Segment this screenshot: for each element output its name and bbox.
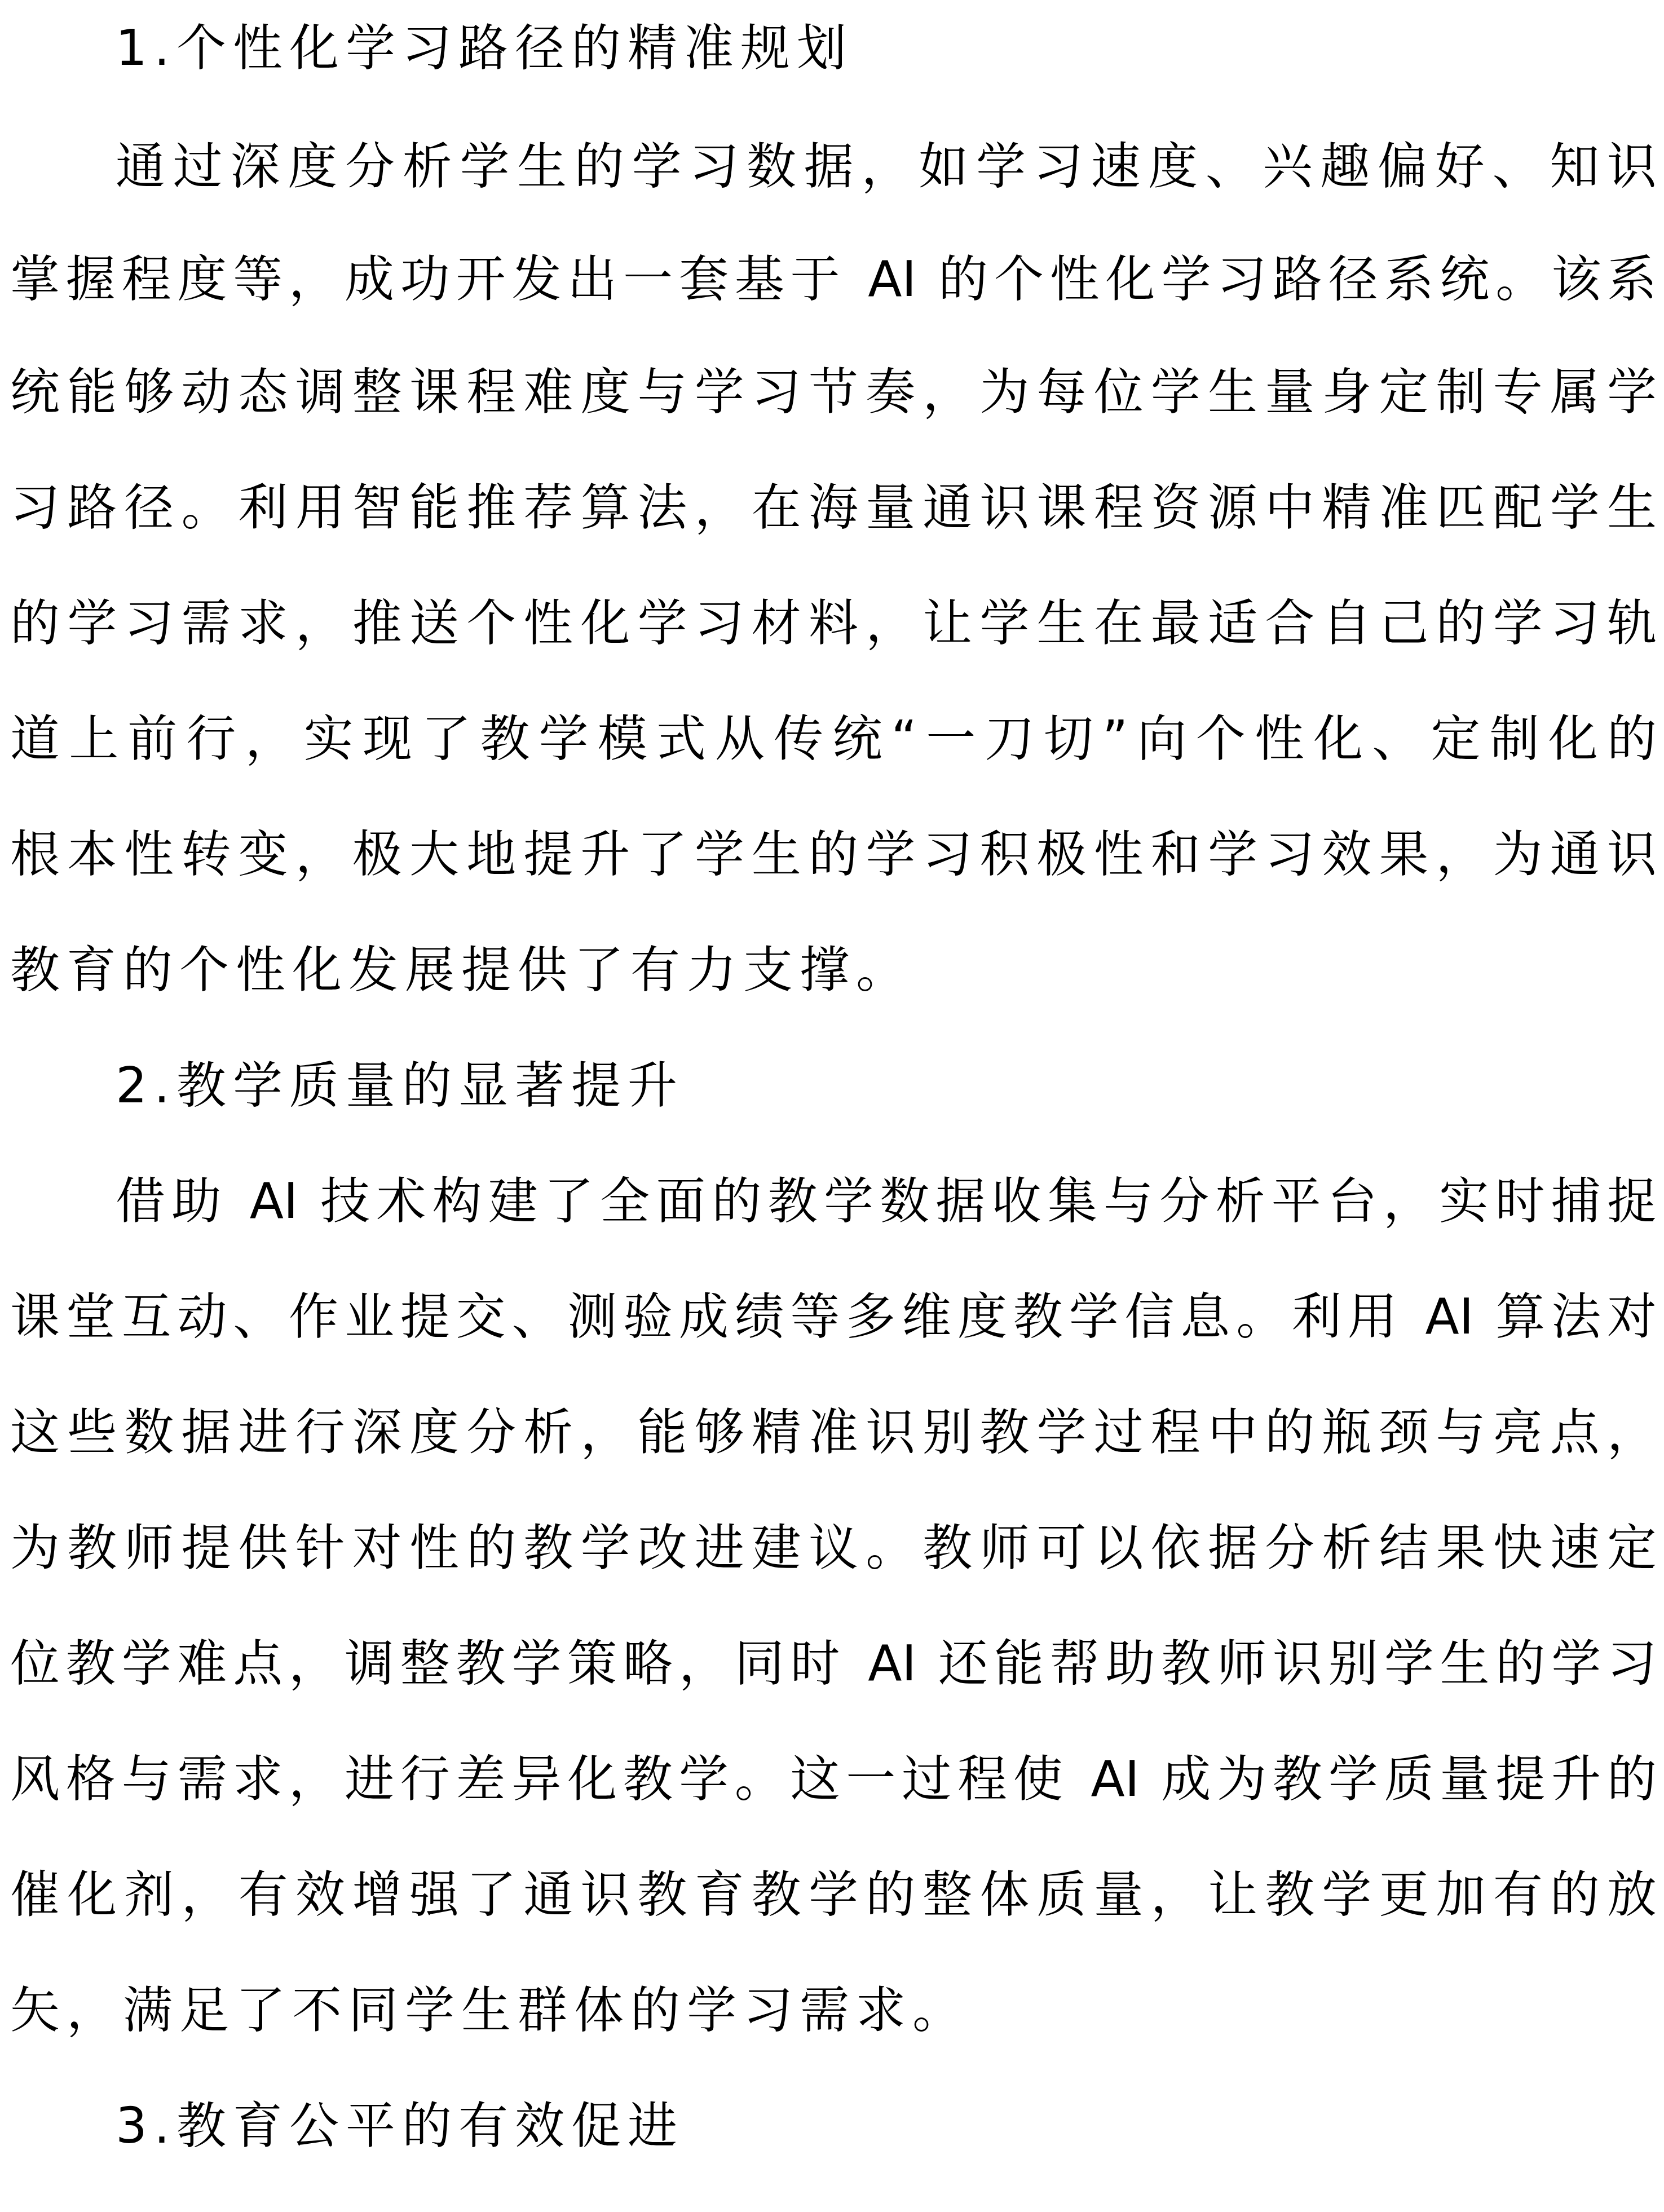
paragraph-line: 这些数据进行深度分析，能够精准识别教学过程中的瓶颈与亮点， <box>10 1396 1657 1469</box>
paragraph-line: 掌握程度等，成功开发出一套基于 AI 的个性化学习路径系统。该系 <box>10 242 1657 316</box>
paragraph-line: 习路径。利用智能推荐算法，在海量通识课程资源中精准匹配学生 <box>10 471 1657 544</box>
paragraph-line: 统能够动态调整课程难度与学习节奏，为每位学生量身定制专属学 <box>10 355 1657 429</box>
section-heading: 3.教育公平的有效促进 <box>116 2089 1664 2162</box>
paragraph-line: 根本性转变，极大地提升了学生的学习积极性和学习效果，为通识 <box>10 818 1657 891</box>
paragraph-line: 教育的个性化发展提供了有力支撑。 <box>10 933 1657 1006</box>
paragraph-line: 位教学难点，调整教学策略，同时 AI 还能帮助教师识别学生的学习 <box>10 1627 1657 1700</box>
paragraph-line: 为教师提供针对性的教学改进建议。教师可以依据分析结果快速定 <box>10 1511 1657 1584</box>
paragraph-line: 的学习需求，推送个性化学习材料，让学生在最适合自己的学习轨 <box>10 586 1657 660</box>
paragraph-line: 风格与需求，进行差异化教学。这一过程使 AI 成为教学质量提升的 <box>10 1742 1657 1816</box>
section-heading: 2.教学质量的显著提升 <box>116 1049 1664 1122</box>
section-heading: 1.个性化学习路径的精准规划 <box>116 11 1664 85</box>
paragraph-line: 道上前行，实现了教学模式从传统“一刀切”向个性化、定制化的 <box>10 702 1657 775</box>
document-page: 1.个性化学习路径的精准规划 通过深度分析学生的学习数据，如学习速度、兴趣偏好、… <box>0 0 1664 2212</box>
paragraph-line: 矢，满足了不同学生群体的学习需求。 <box>10 1973 1657 2047</box>
paragraph-line: 借助 AI 技术构建了全面的教学数据收集与分析平台，实时捕捉 <box>116 1164 1657 1238</box>
paragraph-line: 催化剂，有效增强了通识教育教学的整体质量，让教学更加有的放 <box>10 1858 1657 1931</box>
paragraph-line: 课堂互动、作业提交、测验成绩等多维度教学信息。利用 AI 算法对 <box>10 1280 1657 1353</box>
paragraph-line: 通过深度分析学生的学习数据，如学习速度、兴趣偏好、知识 <box>116 130 1657 203</box>
